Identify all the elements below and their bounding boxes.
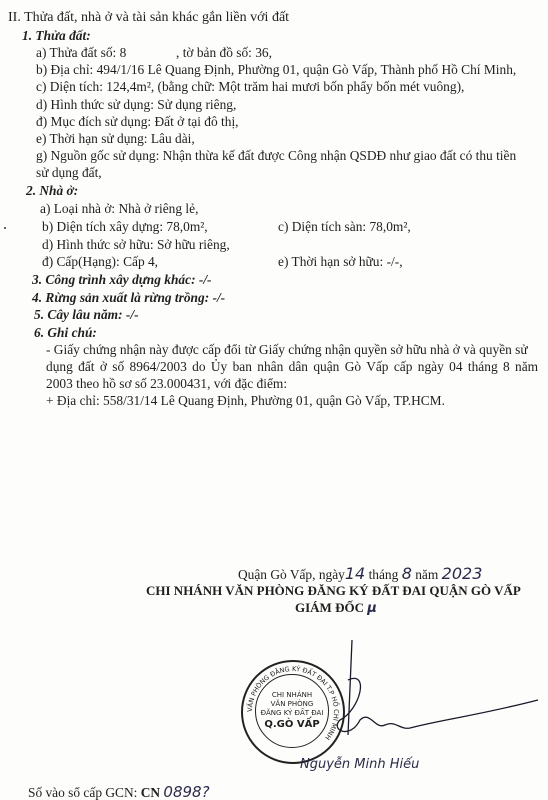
month: 8 xyxy=(402,564,412,583)
day: 14 xyxy=(345,564,365,583)
registry-number: 0898? xyxy=(163,783,209,800)
map-sheet: , tờ bản đồ số: 36, xyxy=(176,45,272,61)
month-label: tháng xyxy=(369,567,399,582)
section-title: II. Thửa đất, nhà ở và tài sản khác gắn … xyxy=(8,10,289,26)
forest: 4. Rừng sản xuất là rừng trồng: -/- xyxy=(32,290,225,306)
place-prefix: Quận Gò Vấp, ngày xyxy=(238,567,345,582)
registry-prefix: CN xyxy=(141,785,160,800)
speck xyxy=(4,227,6,229)
house-grade: đ) Cấp(Hạng): Cấp 4, xyxy=(42,254,158,270)
ownership-term: e) Thời hạn sở hữu: -/-, xyxy=(278,254,403,270)
other-works: 3. Công trình xây dựng khác: -/- xyxy=(32,272,212,288)
notes-heading: 6. Ghi chú: xyxy=(34,325,97,341)
floor-area: c) Diện tích sàn: 78,0m², xyxy=(278,219,411,235)
land-origin-cont: sử dụng đất, xyxy=(36,165,102,181)
house-heading: 2. Nhà ở: xyxy=(26,183,78,199)
note-line: 2003 theo hồ sơ số 23.000431, với đặc đi… xyxy=(46,376,287,392)
land-area: c) Diện tích: 124,4m², (bằng chữ: Một tr… xyxy=(36,79,464,95)
land-address: b) Địa chỉ: 494/1/16 Lê Quang Định, Phườ… xyxy=(36,62,516,78)
usage-purpose: đ) Mục đích sử dụng: Đất ở tại đô thị, xyxy=(36,114,239,130)
land-heading: 1. Thửa đất: xyxy=(22,28,91,44)
note-line: + Địa chỉ: 558/31/14 Lê Quang Định, Phườ… xyxy=(46,393,445,409)
issuing-office: CHI NHÁNH VĂN PHÒNG ĐĂNG KÝ ĐẤT ĐAI QUẬN… xyxy=(146,583,521,599)
registry-line: Số vào sổ cấp GCN: CN 0898? xyxy=(28,784,210,800)
ownership-form: d) Hình thức sở hữu: Sở hữu riêng, xyxy=(42,237,230,253)
year: 2023 xyxy=(442,564,483,583)
house-type: a) Loại nhà ở: Nhà ở riêng lẻ, xyxy=(40,201,198,217)
initial: µ xyxy=(367,601,377,616)
note-line: - Giấy chứng nhận này được cấp đổi từ Gi… xyxy=(46,342,528,358)
usage-term: e) Thời hạn sử dụng: Lâu dài, xyxy=(36,131,195,147)
registry-label: Số vào sổ cấp GCN: xyxy=(28,785,137,800)
note-line: dụng đất ở số 8964/2003 do Ủy ban nhân d… xyxy=(46,359,538,375)
built-area: b) Diện tích xây dựng: 78,0m², xyxy=(42,219,208,235)
signer-title: GIÁM ĐỐC µ xyxy=(295,600,377,617)
signature-mark xyxy=(300,640,540,750)
parcel-number: a) Thửa đất số: 8 xyxy=(36,45,126,61)
year-label: năm xyxy=(415,567,438,582)
perennial: 5. Cây lâu năm: -/- xyxy=(34,307,139,323)
date-line: Quận Gò Vấp, ngày14 tháng 8 năm 2023 xyxy=(238,566,482,583)
usage-form: d) Hình thức sử dụng: Sử dụng riêng, xyxy=(36,97,236,113)
land-origin: g) Nguồn gốc sử dụng: Nhận thừa kế đất đ… xyxy=(36,148,516,164)
title: GIÁM ĐỐC xyxy=(295,600,364,615)
signer-name: Nguyễn Minh Hiếu xyxy=(300,757,419,773)
